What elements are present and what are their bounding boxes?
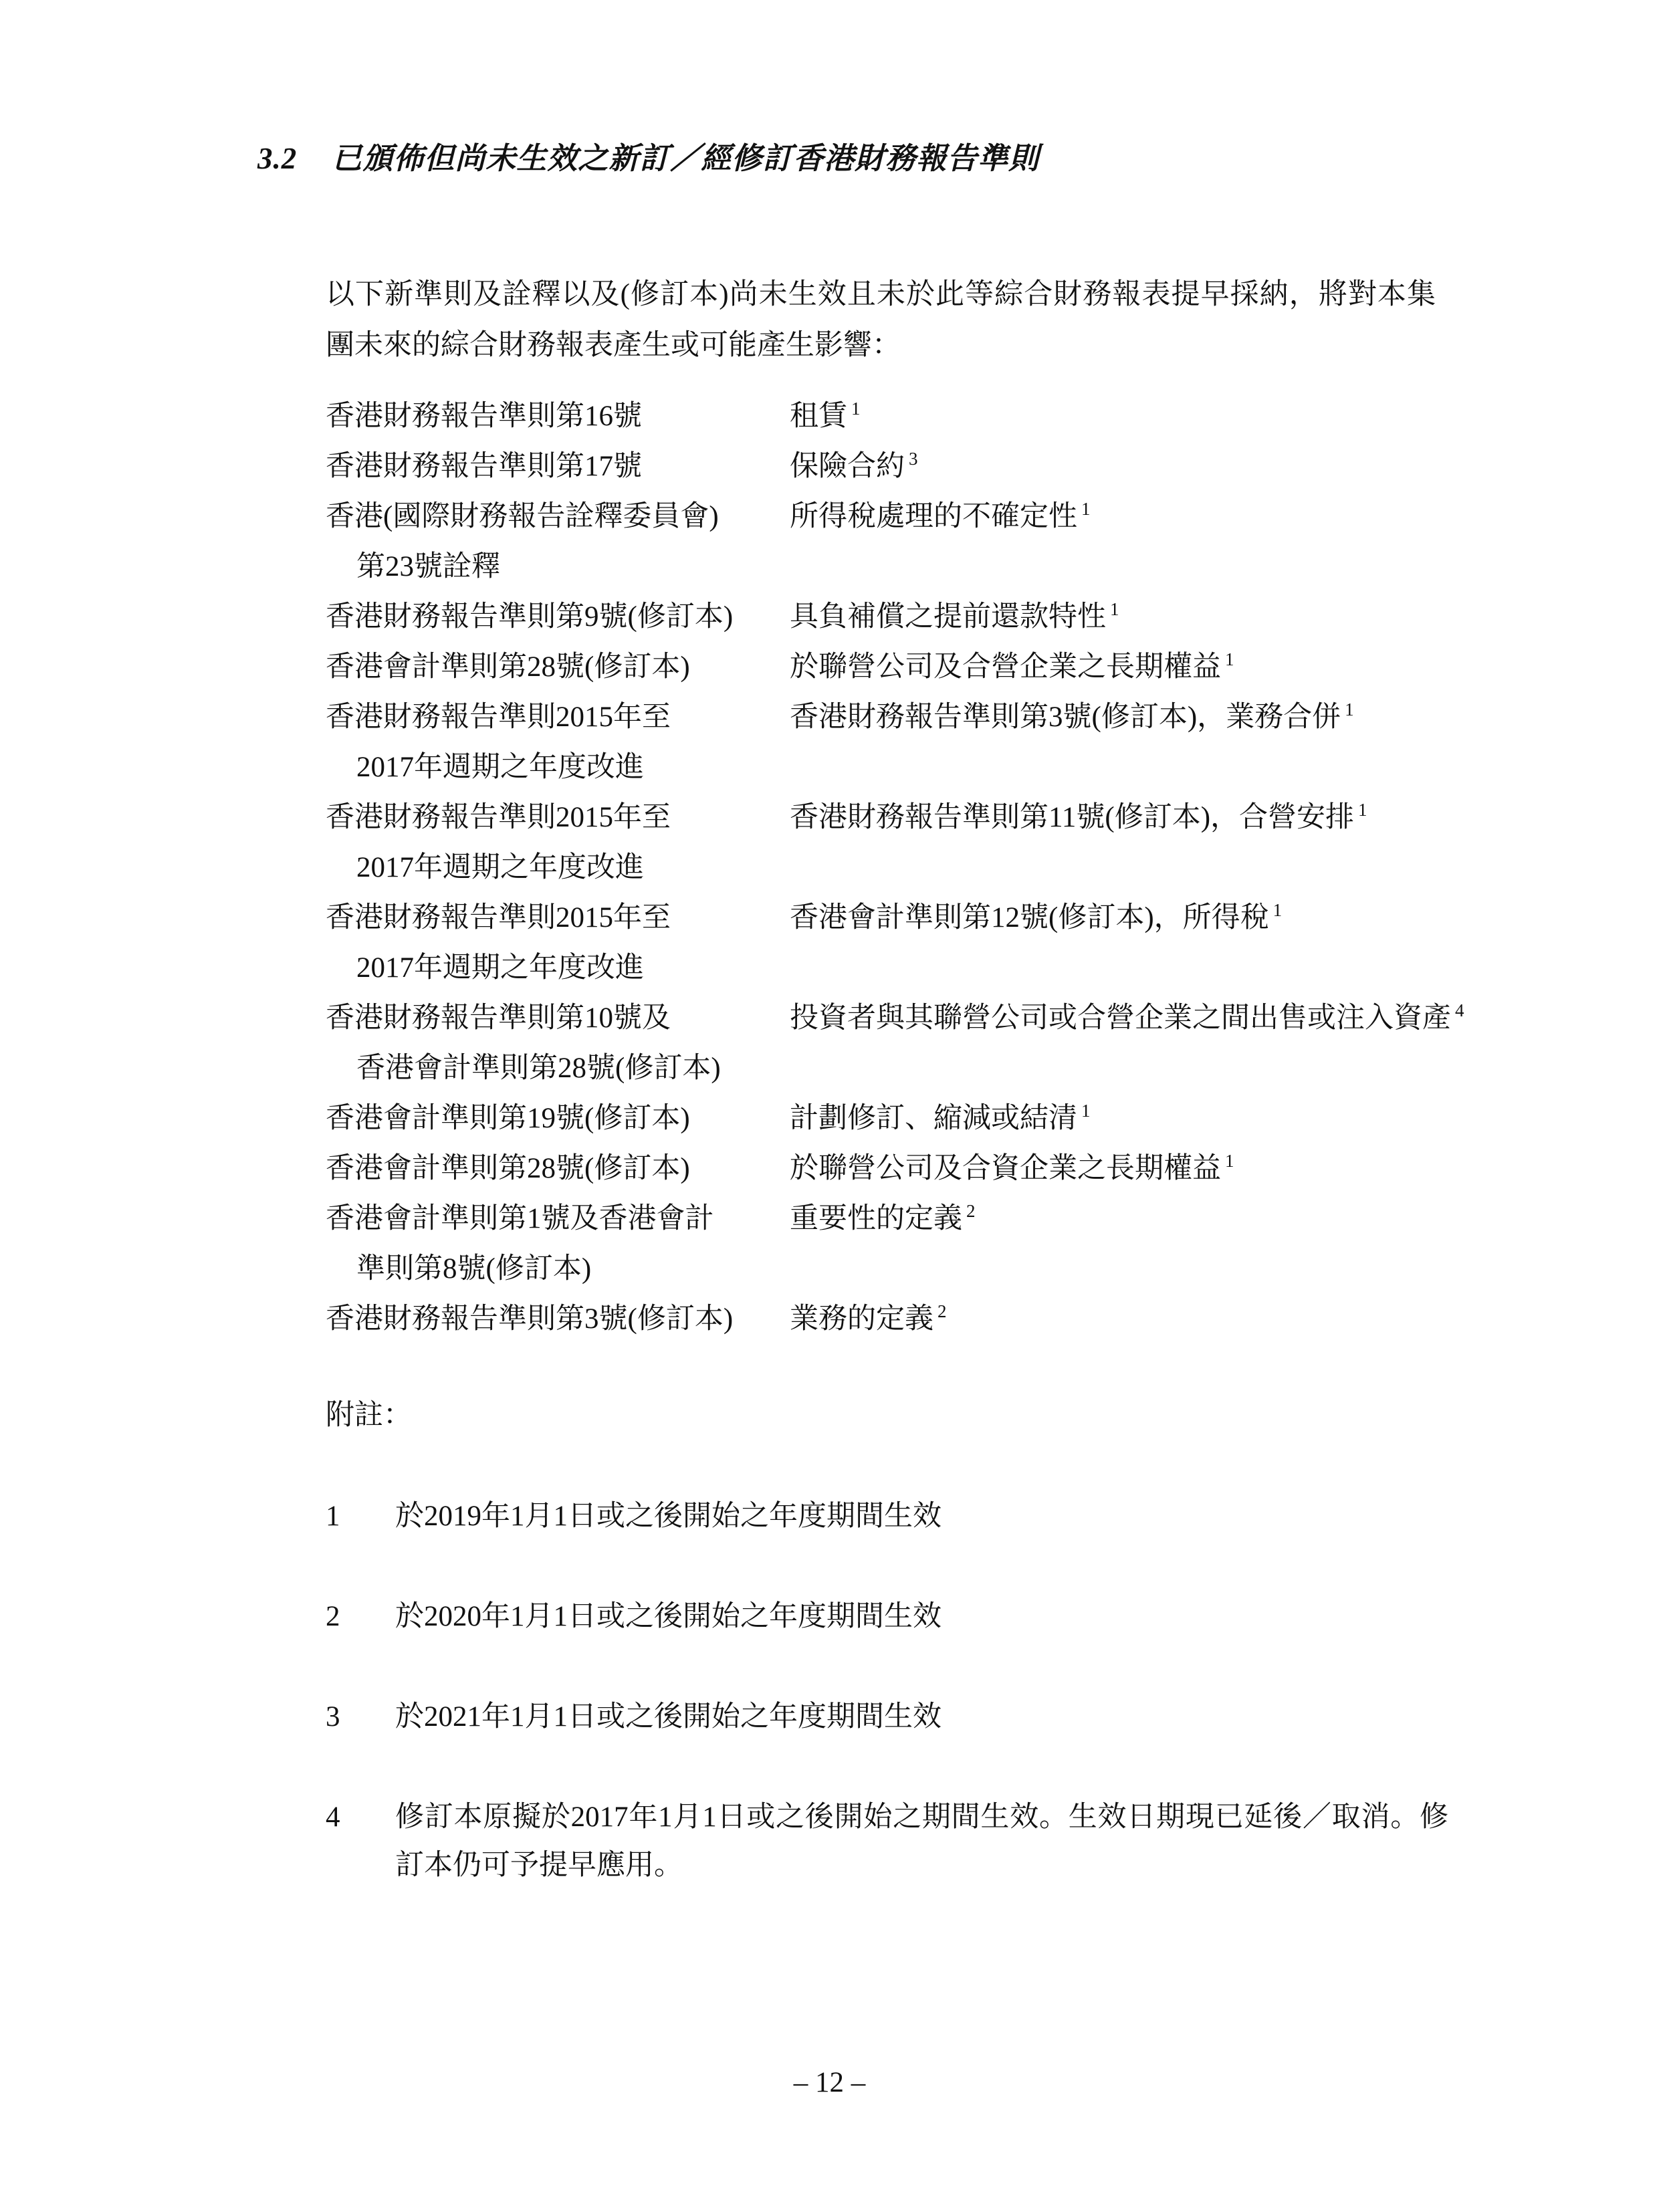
note-reference: 1 [1081, 1101, 1091, 1121]
standard-description-text: 具負補償之提前還款特性 [790, 601, 1106, 633]
standard-description-text: 所得稅處理的不確定性 [790, 501, 1077, 532]
standard-row: 香港財務報告準則第10號及 香港會計準則第28號(修訂本) 投資者與其聯營公司或… [326, 993, 1478, 1093]
standard-name-line: 香港會計準則第1號及香港會計 [326, 1194, 790, 1244]
standard-description: 具負補償之提前還款特性1 [790, 592, 1478, 642]
note-reference: 1 [1110, 599, 1119, 619]
standard-name-continuation: 2017年週期之年度改進 [326, 843, 790, 893]
standard-row: 香港財務報告準則第9號(修訂本) 具負補償之提前還款特性1 [326, 592, 1478, 642]
note-item: 2 於2020年1月1日或之後開始之年度期間生效 [326, 1593, 1448, 1641]
standard-name-line: 香港財務報告準則第3號(修訂本) [326, 1294, 790, 1344]
note-reference: 1 [1358, 800, 1367, 820]
standard-description-text: 重要性的定義 [790, 1203, 962, 1234]
standard-description: 租賃1 [790, 391, 1478, 441]
note-item: 1 於2019年1月1日或之後開始之年度期間生效 [326, 1492, 1448, 1541]
standard-description-text: 香港會計準則第12號(修訂本)，所得稅 [790, 902, 1269, 933]
standard-description-text: 於聯營公司及合營企業之長期權益 [790, 651, 1221, 683]
note-reference: 1 [851, 399, 861, 419]
note-reference: 1 [1225, 1151, 1234, 1171]
document-page: 3.2已頒佈但尚未生效之新訂／經修訂香港財務報告準則 以下新準則及詮釋以及(修訂… [0, 0, 1659, 2212]
page-number: – 12 – [794, 2067, 866, 2098]
note-item: 3 於2021年1月1日或之後開始之年度期間生效 [326, 1693, 1448, 1741]
standard-description: 業務的定義2 [790, 1294, 1478, 1344]
standard-name-line: 香港(國際財務報告詮釋委員會) [326, 491, 790, 542]
standard-name: 香港財務報告準則2015年至 2017年週期之年度改進 [326, 792, 790, 893]
standard-row: 香港財務報告準則第16號 租賃1 [326, 391, 1478, 441]
standard-row: 香港(國際財務報告詮釋委員會) 第23號詮釋 所得稅處理的不確定性1 [326, 491, 1478, 592]
standard-name-continuation: 香港會計準則第28號(修訂本) [326, 1043, 790, 1093]
standard-description-text: 業務的定義 [790, 1303, 933, 1335]
notes-list: 1 於2019年1月1日或之後開始之年度期間生效 2 於2020年1月1日或之後… [326, 1492, 1448, 1942]
note-reference: 2 [937, 1301, 947, 1321]
standard-name-continuation: 2017年週期之年度改進 [326, 742, 790, 792]
standard-name-continuation: 第23號詮釋 [326, 542, 790, 592]
standard-row: 香港會計準則第28號(修訂本) 於聯營公司及合營企業之長期權益1 [326, 642, 1478, 692]
standard-row: 香港會計準則第1號及香港會計 準則第8號(修訂本) 重要性的定義2 [326, 1194, 1478, 1294]
standard-description: 香港會計準則第12號(修訂本)，所得稅1 [790, 893, 1478, 943]
section-heading: 3.2已頒佈但尚未生效之新訂／經修訂香港財務報告準則 [257, 134, 1039, 177]
intro-paragraph: 以下新準則及詮釋以及(修訂本)尚未生效且未於此等綜合財務報表提早採納，將對本集團… [326, 269, 1436, 371]
note-number: 1 [326, 1492, 395, 1541]
standard-name: 香港財務報告準則第10號及 香港會計準則第28號(修訂本) [326, 993, 790, 1093]
standard-description: 保險合約3 [790, 441, 1478, 491]
note-reference: 1 [1081, 499, 1091, 519]
standard-description-text: 投資者與其聯營公司或合營企業之間出售或注入資產 [790, 1002, 1451, 1034]
note-item: 4 修訂本原擬於2017年1月1日或之後開始之期間生效。生效日期現已延後／取消。… [326, 1793, 1448, 1890]
standard-description-text: 租賃 [790, 401, 847, 432]
note-reference: 4 [1455, 1000, 1464, 1020]
note-number: 3 [326, 1693, 395, 1741]
standard-name: 香港會計準則第28號(修訂本) [326, 1143, 790, 1194]
standard-name: 香港會計準則第1號及香港會計 準則第8號(修訂本) [326, 1194, 790, 1294]
standard-row: 香港財務報告準則2015年至 2017年週期之年度改進 香港財務報告準則第3號(… [326, 692, 1478, 792]
standard-description-text: 計劃修訂、縮減或結清 [790, 1103, 1077, 1134]
standard-description: 香港財務報告準則第11號(修訂本)，合營安排1 [790, 792, 1478, 843]
standard-name: 香港會計準則第28號(修訂本) [326, 642, 790, 692]
standard-name-line: 香港財務報告準則第9號(修訂本) [326, 592, 790, 642]
standard-row: 香港會計準則第19號(修訂本) 計劃修訂、縮減或結清1 [326, 1093, 1478, 1143]
note-reference: 1 [1273, 900, 1283, 920]
standard-name-line: 香港會計準則第19號(修訂本) [326, 1093, 790, 1143]
standard-name-line: 香港財務報告準則第17號 [326, 441, 790, 491]
note-text: 於2021年1月1日或之後開始之年度期間生效 [395, 1693, 1448, 1741]
standard-row: 香港財務報告準則2015年至 2017年週期之年度改進 香港會計準則第12號(修… [326, 893, 1478, 993]
note-text: 於2020年1月1日或之後開始之年度期間生效 [395, 1593, 1448, 1641]
standard-name-continuation: 2017年週期之年度改進 [326, 943, 790, 993]
standard-name: 香港會計準則第19號(修訂本) [326, 1093, 790, 1143]
note-text: 修訂本原擬於2017年1月1日或之後開始之期間生效。生效日期現已延後／取消。修訂… [395, 1793, 1448, 1890]
standard-description-text: 香港財務報告準則第11號(修訂本)，合營安排 [790, 802, 1354, 833]
heading-number: 3.2 [257, 141, 297, 176]
note-text: 於2019年1月1日或之後開始之年度期間生效 [395, 1492, 1448, 1541]
heading-title: 已頒佈但尚未生效之新訂／經修訂香港財務報告準則 [332, 142, 1039, 175]
standard-name: 香港財務報告準則2015年至 2017年週期之年度改進 [326, 893, 790, 993]
standard-name: 香港財務報告準則2015年至 2017年週期之年度改進 [326, 692, 790, 792]
standard-name-continuation: 準則第8號(修訂本) [326, 1244, 790, 1294]
standard-description: 所得稅處理的不確定性1 [790, 491, 1478, 542]
standard-description: 於聯營公司及合營企業之長期權益1 [790, 642, 1478, 692]
standard-description-text: 香港財務報告準則第3號(修訂本)，業務合併 [790, 701, 1341, 733]
standard-name: 香港財務報告準則第17號 [326, 441, 790, 491]
standards-table: 香港財務報告準則第16號 租賃1 香港財務報告準則第17號 保險合約3 香港(國… [326, 391, 1478, 1344]
standard-name: 香港財務報告準則第16號 [326, 391, 790, 441]
note-reference: 2 [966, 1201, 976, 1221]
standard-name: 香港(國際財務報告詮釋委員會) 第23號詮釋 [326, 491, 790, 592]
standard-row: 香港會計準則第28號(修訂本) 於聯營公司及合資企業之長期權益1 [326, 1143, 1478, 1194]
standard-name-line: 香港財務報告準則2015年至 [326, 792, 790, 843]
standard-description-text: 保險合約 [790, 451, 905, 482]
standard-name-line: 香港會計準則第28號(修訂本) [326, 1143, 790, 1194]
standard-row: 香港財務報告準則2015年至 2017年週期之年度改進 香港財務報告準則第11號… [326, 792, 1478, 893]
note-reference: 3 [909, 449, 918, 469]
standard-name: 香港財務報告準則第3號(修訂本) [326, 1294, 790, 1344]
standard-row: 香港財務報告準則第17號 保險合約3 [326, 441, 1478, 491]
standard-name: 香港財務報告準則第9號(修訂本) [326, 592, 790, 642]
standard-name-line: 香港財務報告準則2015年至 [326, 893, 790, 943]
notes-label: 附註： [326, 1392, 412, 1433]
footer: – 12 – [0, 2066, 1659, 2099]
standard-name-line: 香港會計準則第28號(修訂本) [326, 642, 790, 692]
standard-description: 計劃修訂、縮減或結清1 [790, 1093, 1478, 1143]
standard-description: 於聯營公司及合資企業之長期權益1 [790, 1143, 1478, 1194]
standard-description: 重要性的定義2 [790, 1194, 1478, 1244]
standard-row: 香港財務報告準則第3號(修訂本) 業務的定義2 [326, 1294, 1478, 1344]
standard-description: 香港財務報告準則第3號(修訂本)，業務合併1 [790, 692, 1478, 742]
standard-name-line: 香港財務報告準則第10號及 [326, 993, 790, 1043]
note-number: 2 [326, 1593, 395, 1641]
note-reference: 1 [1345, 699, 1354, 720]
standard-description: 投資者與其聯營公司或合營企業之間出售或注入資產4 [790, 993, 1478, 1043]
note-reference: 1 [1225, 649, 1234, 669]
note-number: 4 [326, 1793, 395, 1842]
standard-name-line: 香港財務報告準則第16號 [326, 391, 790, 441]
standard-description-text: 於聯營公司及合資企業之長期權益 [790, 1153, 1221, 1184]
standard-name-line: 香港財務報告準則2015年至 [326, 692, 790, 742]
